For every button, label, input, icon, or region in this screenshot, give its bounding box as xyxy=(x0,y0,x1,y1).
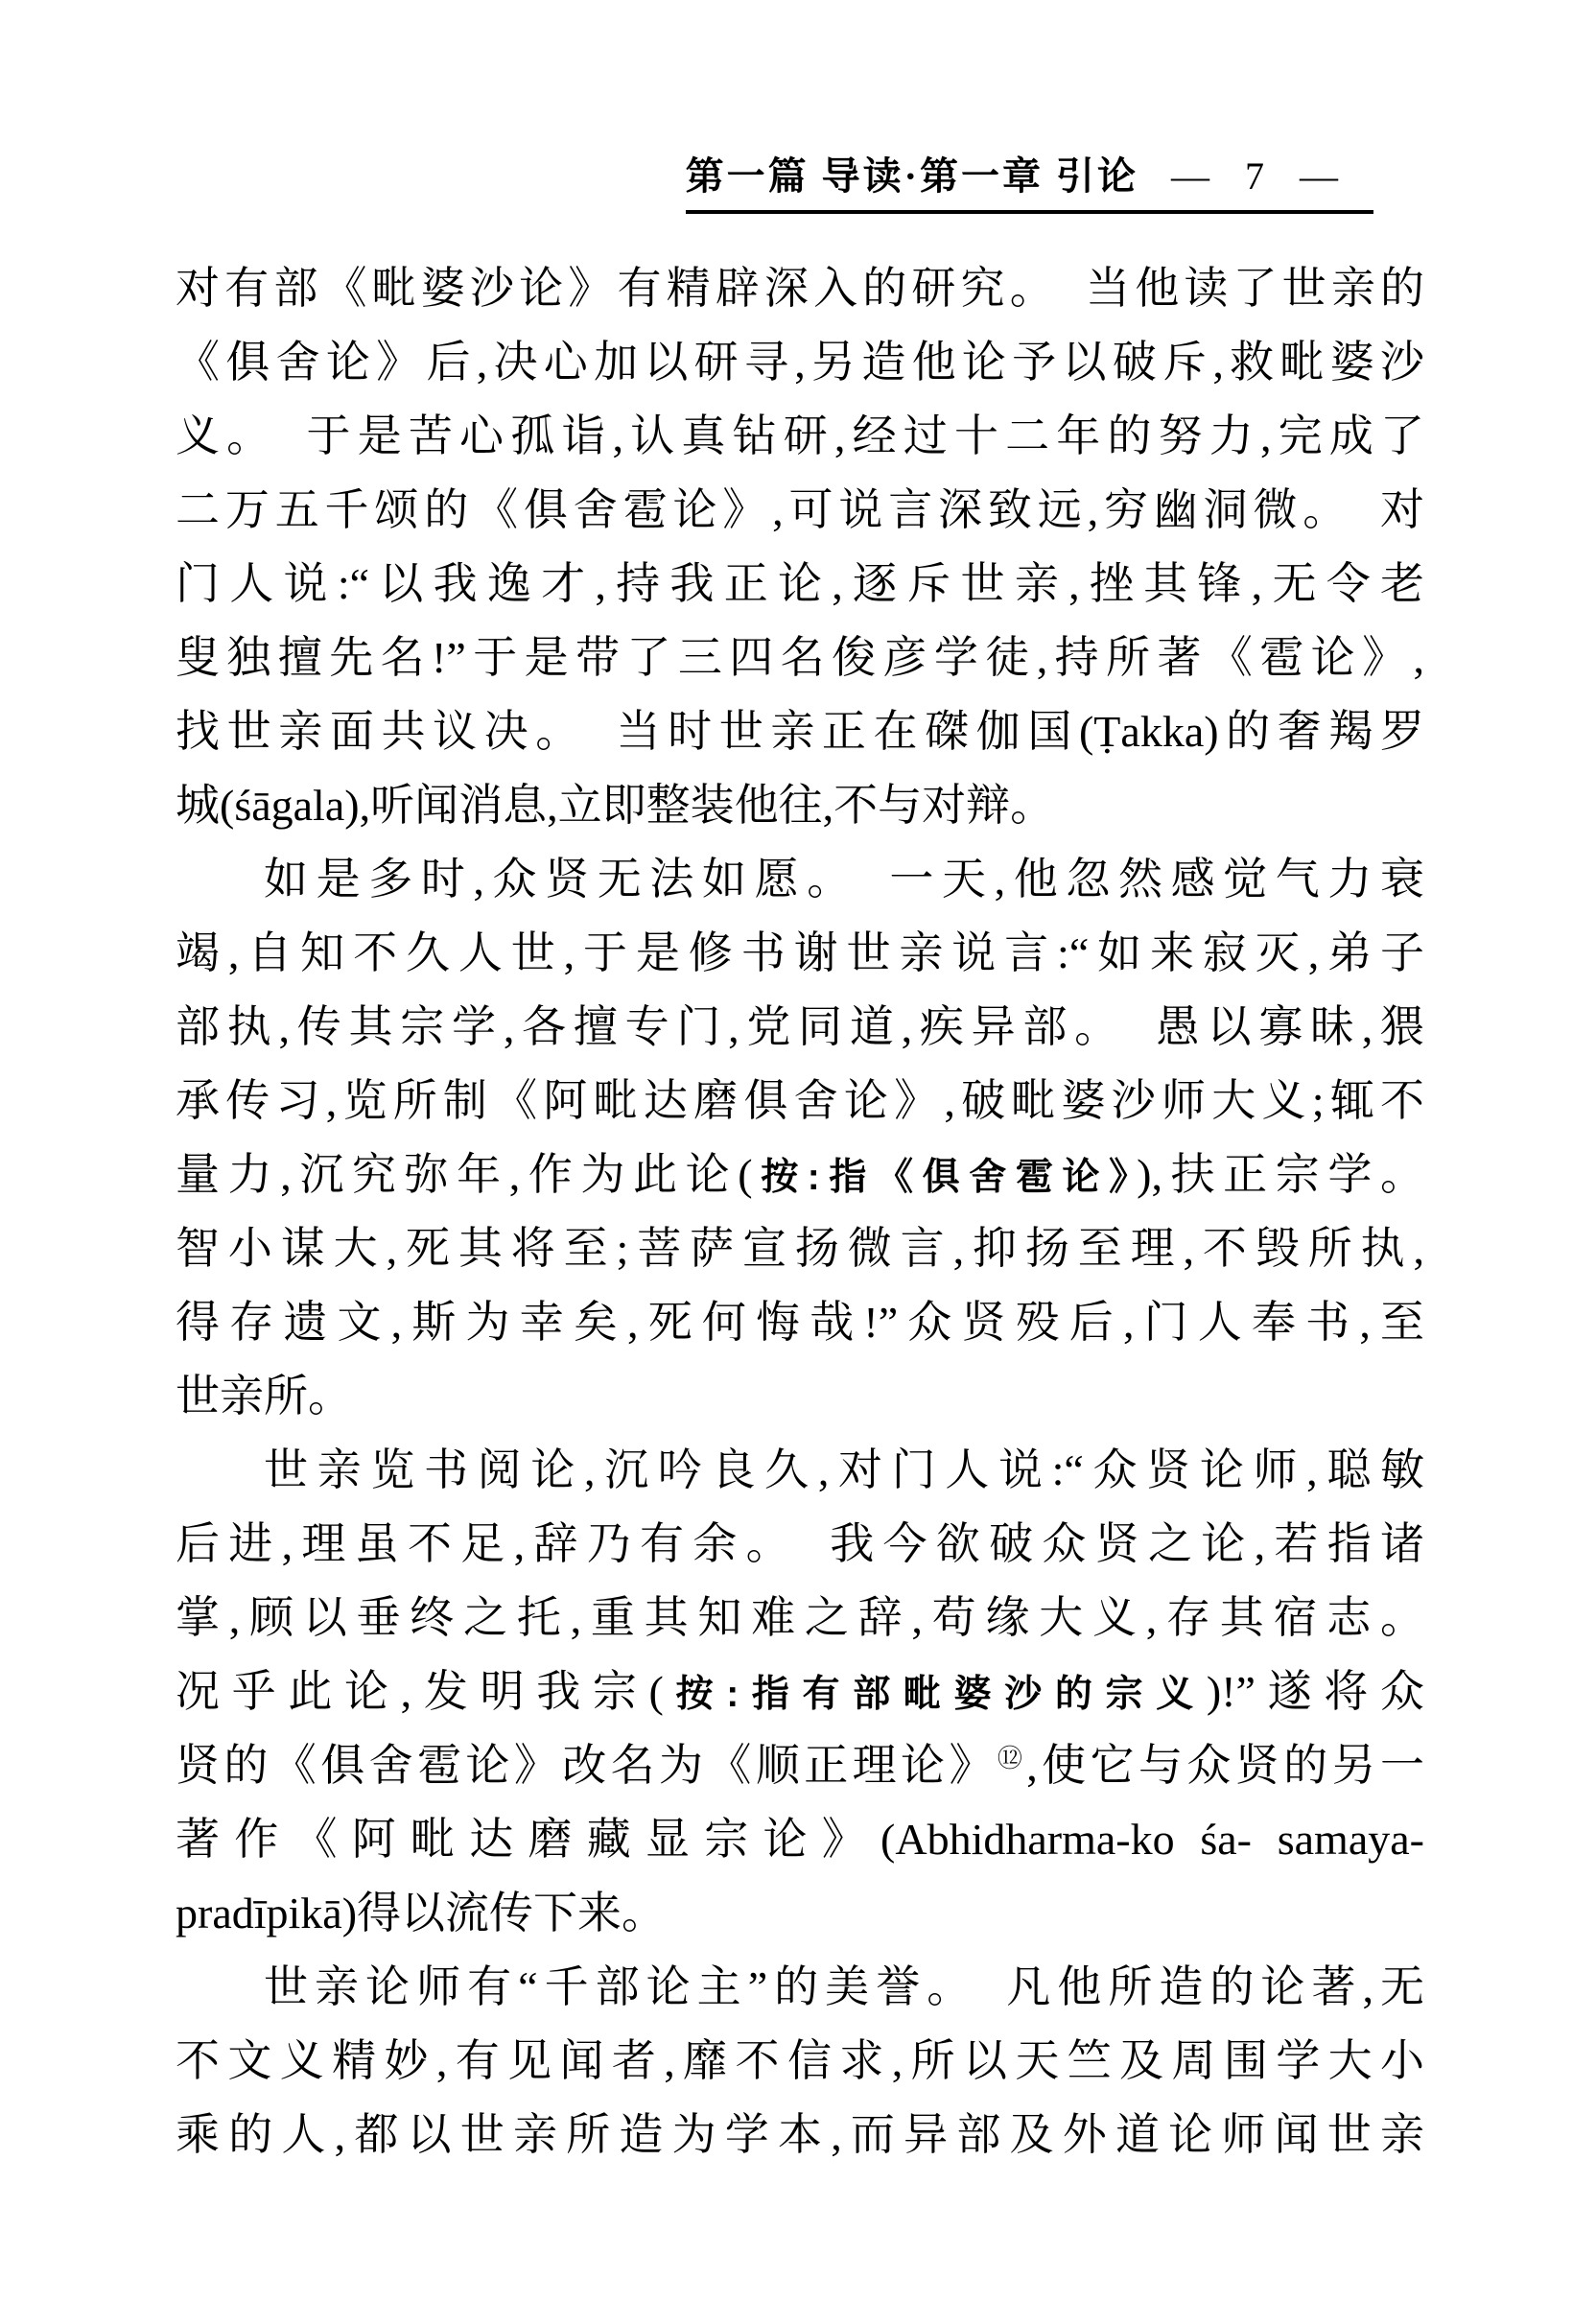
text-run: 智小谋大,死其将至;菩萨宣扬微言,抑扬至理,不毁所执, xyxy=(176,1224,1424,1273)
text-line: 门人说:“以我逸才,持我正论,逐斥世亲,挫其锋,无令老 xyxy=(176,547,1424,621)
text-line: 智小谋大,死其将至;菩萨宣扬微言,抑扬至理,不毁所执, xyxy=(176,1211,1424,1285)
text-run: 义。 于是苦心孤诣,认真钻研,经过十二年的努力,完成了 xyxy=(176,411,1424,460)
text-run: 世亲论师有“千部论主”的美誉。 凡他所造的论著,无 xyxy=(264,1962,1424,2011)
text-line: 如是多时,众贤无法如愿。 一天,他忽然感觉气力衰 xyxy=(176,842,1424,916)
text-line: 况乎此论,发明我宗(按:指有部毗婆沙的宗义)!”遂将众 xyxy=(176,1655,1424,1728)
text-line: 义。 于是苦心孤诣,认真钻研,经过十二年的努力,完成了 xyxy=(176,399,1424,473)
text-run: 城(śāgala),听闻消息,立即整装他往,不与对辩。 xyxy=(176,781,1054,830)
text-line: 不文义精妙,有见闻者,靡不信求,所以天竺及周围学大小 xyxy=(176,2024,1424,2098)
footnote-reference: ⑫ xyxy=(997,1745,1026,1773)
text-line: 得存遗文,斯为幸矣,死何悔哉!”众贤殁后,门人奉书,至 xyxy=(176,1285,1424,1359)
text-line: 二万五千颂的《俱舍雹论》,可说言深致远,穷幽洞微。 对 xyxy=(176,473,1424,547)
text-line: 世亲览书阅论,沉吟良久,对门人说:“众贤论师,聪敏 xyxy=(176,1433,1424,1507)
header-dash-right: — xyxy=(1300,154,1341,198)
text-run: 世亲览书阅论,沉吟良久,对门人说:“众贤论师,聪敏 xyxy=(264,1445,1424,1494)
text-line: 《俱舍论》后,决心加以研寻,另造他论予以破斥,救毗婆沙 xyxy=(176,325,1424,399)
text-line: 竭,自知不久人世,于是修书谢世亲说言:“如来寂灭,弟子 xyxy=(176,916,1424,990)
text-run: 乘的人,都以世亲所造为学本,而异部及外道论师闻世亲 xyxy=(176,2110,1424,2159)
text-run: 掌,顾以垂终之托,重其知难之辞,苟缘大义,存其宿志。 xyxy=(176,1593,1424,1642)
text-line: 著作《阿毗达磨藏显宗论》(Abhidharma-ko śa- samaya- xyxy=(176,1802,1424,1876)
text-line: 找世亲面共议决。 当时世亲正在磔伽国(Ṭakka)的奢羯罗 xyxy=(176,694,1424,768)
inline-editor-note: 按:指有部毗婆沙的宗义 xyxy=(664,1674,1207,1715)
text-line: 世亲所。 xyxy=(176,1359,1424,1433)
text-run: 世亲所。 xyxy=(176,1372,352,1421)
header-dash-left: — xyxy=(1171,154,1212,198)
text-run: 后进,理虽不足,辞乃有余。 我今欲破众贤之论,若指诸 xyxy=(176,1519,1424,1568)
text-run: 找世亲面共议决。 当时世亲正在磔伽国(Ṭakka)的奢羯罗 xyxy=(176,707,1424,756)
page-body: 对有部《毗婆沙论》有精辟深入的研究。 当他读了世亲的《俱舍论》后,决心加以研寻,… xyxy=(176,251,1424,2172)
text-run: ),扶正宗学。 xyxy=(1137,1150,1424,1199)
text-line: pradīpikā)得以流传下来。 xyxy=(176,1876,1424,1950)
text-line: 贤的《俱舍雹论》改名为《顺正理论》⑫,使它与众贤的另一 xyxy=(176,1728,1424,1802)
text-run: 《俱舍论》后,决心加以研寻,另造他论予以破斥,救毗婆沙 xyxy=(176,338,1424,387)
text-run: 承传习,览所制《阿毗达磨俱舍论》,破毗婆沙师大义;辄不 xyxy=(176,1076,1424,1125)
text-line: 世亲论师有“千部论主”的美誉。 凡他所造的论著,无 xyxy=(176,1950,1424,2024)
header-section-title: 第一篇 导读·第一章 引论 xyxy=(686,154,1138,198)
text-run: ,使它与众贤的另一 xyxy=(1026,1741,1424,1790)
text-run: 量力,沉究弥年,作为此论( xyxy=(176,1150,753,1199)
text-run: 叟独擅先名!”于是带了三四名俊彦学徒,持所著《雹论》, xyxy=(176,633,1424,682)
text-line: 对有部《毗婆沙论》有精辟深入的研究。 当他读了世亲的 xyxy=(176,251,1424,325)
text-run: pradīpikā)得以流传下来。 xyxy=(176,1889,666,1937)
text-line: 后进,理虽不足,辞乃有余。 我今欲破众贤之论,若指诸 xyxy=(176,1507,1424,1581)
text-line: 城(śāgala),听闻消息,立即整装他往,不与对辩。 xyxy=(176,768,1424,842)
text-run: 况乎此论,发明我宗( xyxy=(176,1667,664,1716)
text-line: 叟独擅先名!”于是带了三四名俊彦学徒,持所著《雹论》, xyxy=(176,621,1424,694)
text-run: 如是多时,众贤无法如愿。 一天,他忽然感觉气力衰 xyxy=(264,855,1424,904)
inline-editor-note: 按:指《俱舍雹论》 xyxy=(753,1157,1138,1198)
text-run: )!”遂将众 xyxy=(1207,1667,1424,1716)
page-header: 第一篇 导读·第一章 引论—7— xyxy=(686,155,1373,214)
header-page-number: 7 xyxy=(1245,154,1267,198)
text-run: 著作《阿毗达磨藏显宗论》(Abhidharma-ko śa- samaya- xyxy=(176,1815,1424,1864)
book-page: 第一篇 导读·第一章 引论—7— 对有部《毗婆沙论》有精辟深入的研究。 当他读了… xyxy=(0,0,1596,2301)
text-line: 部执,传其宗学,各擅专门,党同道,疾异部。 愚以寡昧,猥 xyxy=(176,990,1424,1064)
text-line: 承传习,览所制《阿毗达磨俱舍论》,破毗婆沙师大义;辄不 xyxy=(176,1064,1424,1138)
text-run: 二万五千颂的《俱舍雹论》,可说言深致远,穷幽洞微。 对 xyxy=(176,485,1424,534)
text-run: 对有部《毗婆沙论》有精辟深入的研究。 当他读了世亲的 xyxy=(176,264,1424,313)
text-line: 乘的人,都以世亲所造为学本,而异部及外道论师闻世亲 xyxy=(176,2098,1424,2172)
text-run: 竭,自知不久人世,于是修书谢世亲说言:“如来寂灭,弟子 xyxy=(176,928,1424,977)
text-line: 量力,沉究弥年,作为此论(按:指《俱舍雹论》),扶正宗学。 xyxy=(176,1138,1424,1211)
text-run: 门人说:“以我逸才,持我正论,逐斥世亲,挫其锋,无令老 xyxy=(176,559,1424,608)
text-run: 部执,传其宗学,各擅专门,党同道,疾异部。 愚以寡昧,猥 xyxy=(176,1002,1424,1051)
text-run: 得存遗文,斯为幸矣,死何悔哉!”众贤殁后,门人奉书,至 xyxy=(176,1298,1424,1347)
text-run: 不文义精妙,有见闻者,靡不信求,所以天竺及周围学大小 xyxy=(176,2036,1424,2085)
text-line: 掌,顾以垂终之托,重其知难之辞,苟缘大义,存其宿志。 xyxy=(176,1581,1424,1655)
text-run: 贤的《俱舍雹论》改名为《顺正理论》 xyxy=(176,1741,997,1790)
